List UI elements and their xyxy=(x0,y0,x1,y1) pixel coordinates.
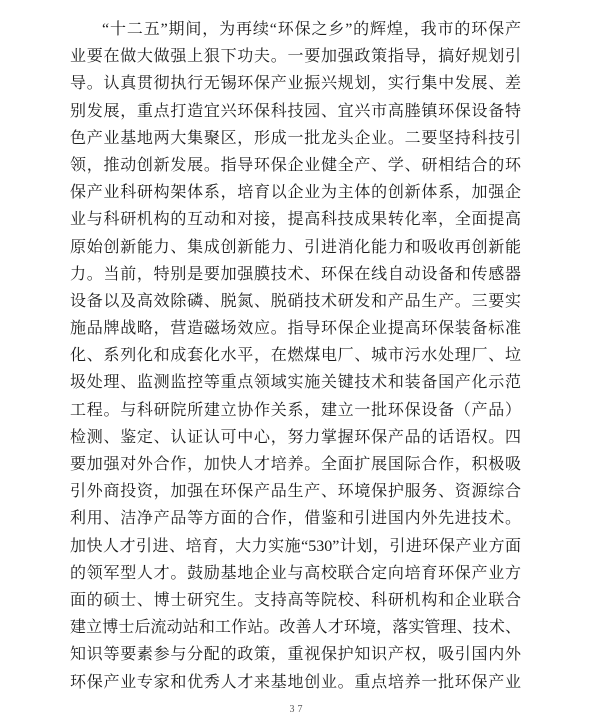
paragraph-line: “十二五”期间，为再续“环保之乡”的辉煌，我市的环保产 xyxy=(70,16,521,43)
paragraph-line: 别发展，重点打造宜兴环保科技园、宜兴市高塍镇环保设备特 xyxy=(70,98,521,125)
paragraph-line: 导。认真贯彻执行无锡环保产业振兴规划，实行集中发展、差 xyxy=(70,70,521,97)
paragraph-line: 圾处理、监测监控等重点领域实施关键技术和装备国产化示范 xyxy=(70,369,521,396)
paragraph-line: 的领军型人才。鼓励基地企业与高校联合定向培育环保产业方 xyxy=(70,560,521,587)
document-page: “十二五”期间，为再续“环保之乡”的辉煌，我市的环保产 业要在做大做强上狠下功夫… xyxy=(0,0,592,728)
paragraph-line: 化、系列化和成套化水平，在燃煤电厂、城市污水处理厂、垃 xyxy=(70,342,521,369)
paragraph-line: 面的硕士、博士研究生。支持高等院校、科研机构和企业联合 xyxy=(70,587,521,614)
body-paragraph: “十二五”期间，为再续“环保之乡”的辉煌，我市的环保产 业要在做大做强上狠下功夫… xyxy=(70,16,521,696)
paragraph-line: 要加强对外合作，加快人才培养。全面扩展国际合作，积极吸 xyxy=(70,451,521,478)
page-number: 37 xyxy=(0,704,592,715)
paragraph-line: 工程。与科研院所建立协作关系，建立一批环保设备（产品） xyxy=(70,397,521,424)
paragraph-line: 施品牌战略，营造磁场效应。指导环保企业提高环保装备标准 xyxy=(70,315,521,342)
paragraph-line: 引外商投资，加强在环保产品生产、环境保护服务、资源综合 xyxy=(70,478,521,505)
paragraph-line: 建立博士后流动站和工作站。改善人才环境，落实管理、技术、 xyxy=(70,614,521,641)
paragraph-line: 业要在做大做强上狠下功夫。一要加强政策指导，搞好规划引 xyxy=(70,43,521,70)
paragraph-line: 力。当前，特别是要加强膜技术、环保在线自动设备和传感器 xyxy=(70,261,521,288)
paragraph-line: 设备以及高效除磷、脱氮、脱硝技术研发和产品生产。三要实 xyxy=(70,288,521,315)
paragraph-line: 原始创新能力、集成创新能力、引进消化能力和吸收再创新能 xyxy=(70,234,521,261)
paragraph-line: 领，推动创新发展。指导环保企业健全产、学、研相结合的环 xyxy=(70,152,521,179)
paragraph-line: 保产业科研构架体系，培育以企业为主体的创新体系，加强企 xyxy=(70,179,521,206)
paragraph-line: 色产业基地两大集聚区，形成一批龙头企业。二要坚持科技引 xyxy=(70,125,521,152)
paragraph-line: 检测、鉴定、认证认可中心，努力掌握环保产品的话语权。四 xyxy=(70,424,521,451)
paragraph-line: 环保产业专家和优秀人才来基地创业。重点培养一批环保产业 xyxy=(70,669,521,696)
paragraph-line: 加快人才引进、培育，大力实施“530”计划，引进环保产业方面 xyxy=(70,533,521,560)
paragraph-line: 业与科研机构的互动和对接，提高科技成果转化率，全面提高 xyxy=(70,206,521,233)
paragraph-line: 知识等要素参与分配的政策，重视保护知识产权，吸引国内外 xyxy=(70,641,521,668)
paragraph-line: 利用、洁净产品等方面的合作，借鉴和引进国内外先进技术。 xyxy=(70,505,521,532)
